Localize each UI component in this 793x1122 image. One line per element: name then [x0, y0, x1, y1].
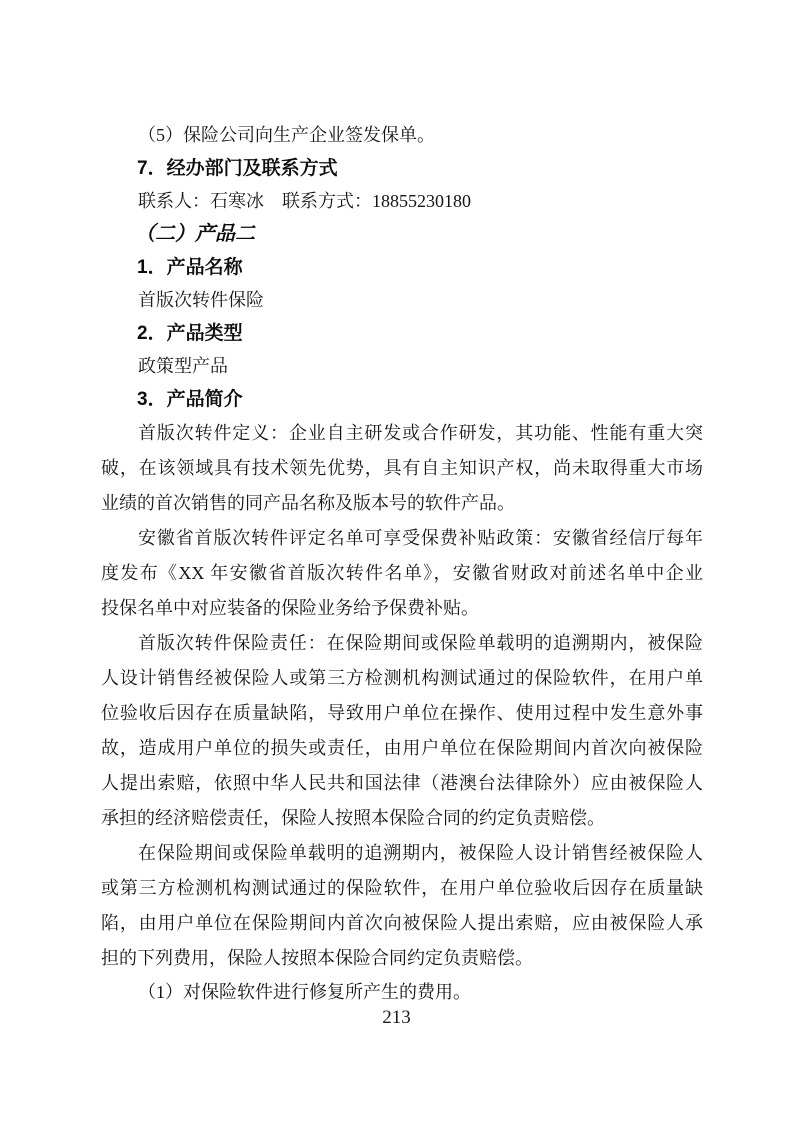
- paragraph-line: 位验收后因存在质量缺陷，导致用户单位在操作、使用过程中发生意外事: [101, 696, 703, 731]
- paragraph-line: 人提出索赔，依照中华人民共和国法律（港澳台法律除外）应由被保险人: [101, 766, 703, 801]
- product-intro-heading: 3．产品简介: [101, 383, 703, 416]
- product-type-line: 政策型产品: [101, 350, 703, 383]
- paragraph-line: 安徽省首版次转件评定名单可享受保费补贴政策：安徽省经信厅每年: [101, 521, 703, 556]
- paragraph-line: 破，在该领域具有技术领先优势，具有自主知识产权，尚未取得重大市场: [101, 451, 703, 486]
- definition-paragraph: 首版次转件定义：企业自主研发或合作研发，其功能、性能有重大突破，在该领域具有技术…: [101, 416, 703, 521]
- paragraph-line: 或第三方检测机构测试通过的保险软件，在用户单位验收后因存在质量缺: [101, 871, 703, 906]
- paragraph-line: 投保名单中对应装备的保险业务给予保费补贴。: [101, 591, 703, 626]
- paragraph-line: 担的下列费用，保险人按照本保险合同约定负责赔偿。: [101, 941, 703, 976]
- paragraph-line: 业绩的首次销售的同产品名称及版本号的软件产品。: [101, 486, 703, 521]
- paragraph-line: 在保险期间或保险单载明的追溯期内，被保险人设计销售经被保险人: [101, 836, 703, 871]
- product-name-line: 首版次转件保险: [101, 284, 703, 317]
- paragraph-line: 故，造成用户单位的损失或责任，由用户单位在保险期间内首次向被保险: [101, 731, 703, 766]
- liability-paragraph: 首版次转件保险责任：在保险期间或保险单载明的追溯期内，被保险人设计销售经被保险人…: [101, 626, 703, 836]
- step-5-line: （5）保险公司向生产企业签发保单。: [101, 119, 703, 152]
- paragraph-line: 度发布《XX 年安徽省首版次转件名单》，安徽省财政对前述名单中企业: [101, 556, 703, 591]
- product-type-heading: 2．产品类型: [101, 317, 703, 350]
- product-name-heading: 1．产品名称: [101, 251, 703, 284]
- contact-line: 联系人：石寒冰 联系方式：18855230180: [101, 185, 703, 218]
- text-block: （5）保险公司向生产企业签发保单。7．经办部门及联系方式联系人：石寒冰 联系方式…: [101, 119, 703, 1009]
- subsidy-policy-paragraph: 安徽省首版次转件评定名单可享受保费补贴政策：安徽省经信厅每年度发布《XX 年安徽…: [101, 521, 703, 626]
- paragraph-line: 陷，由用户单位在保险期间内首次向被保险人提出索赔，应由被保险人承: [101, 906, 703, 941]
- paragraph-line: 首版次转件保险责任：在保险期间或保险单载明的追溯期内，被保险: [101, 626, 703, 661]
- paragraph-line: 首版次转件定义：企业自主研发或合作研发，其功能、性能有重大突: [101, 416, 703, 451]
- paragraph-line: 人设计销售经被保险人或第三方检测机构测试通过的保险软件，在用户单: [101, 661, 703, 696]
- section-7-heading: 7．经办部门及联系方式: [101, 152, 703, 185]
- page-number: 213: [0, 1006, 793, 1030]
- item-1-line: （1）对保险软件进行修复所产生的费用。: [101, 976, 703, 1009]
- claim-cost-paragraph: 在保险期间或保险单载明的追溯期内，被保险人设计销售经被保险人或第三方检测机构测试…: [101, 836, 703, 976]
- product-2-heading: （二）产品二: [101, 218, 703, 251]
- document-page: （5）保险公司向生产企业签发保单。7．经办部门及联系方式联系人：石寒冰 联系方式…: [0, 0, 793, 1122]
- paragraph-line: 承担的经济赔偿责任，保险人按照本保险合同的约定负责赔偿。: [101, 801, 703, 836]
